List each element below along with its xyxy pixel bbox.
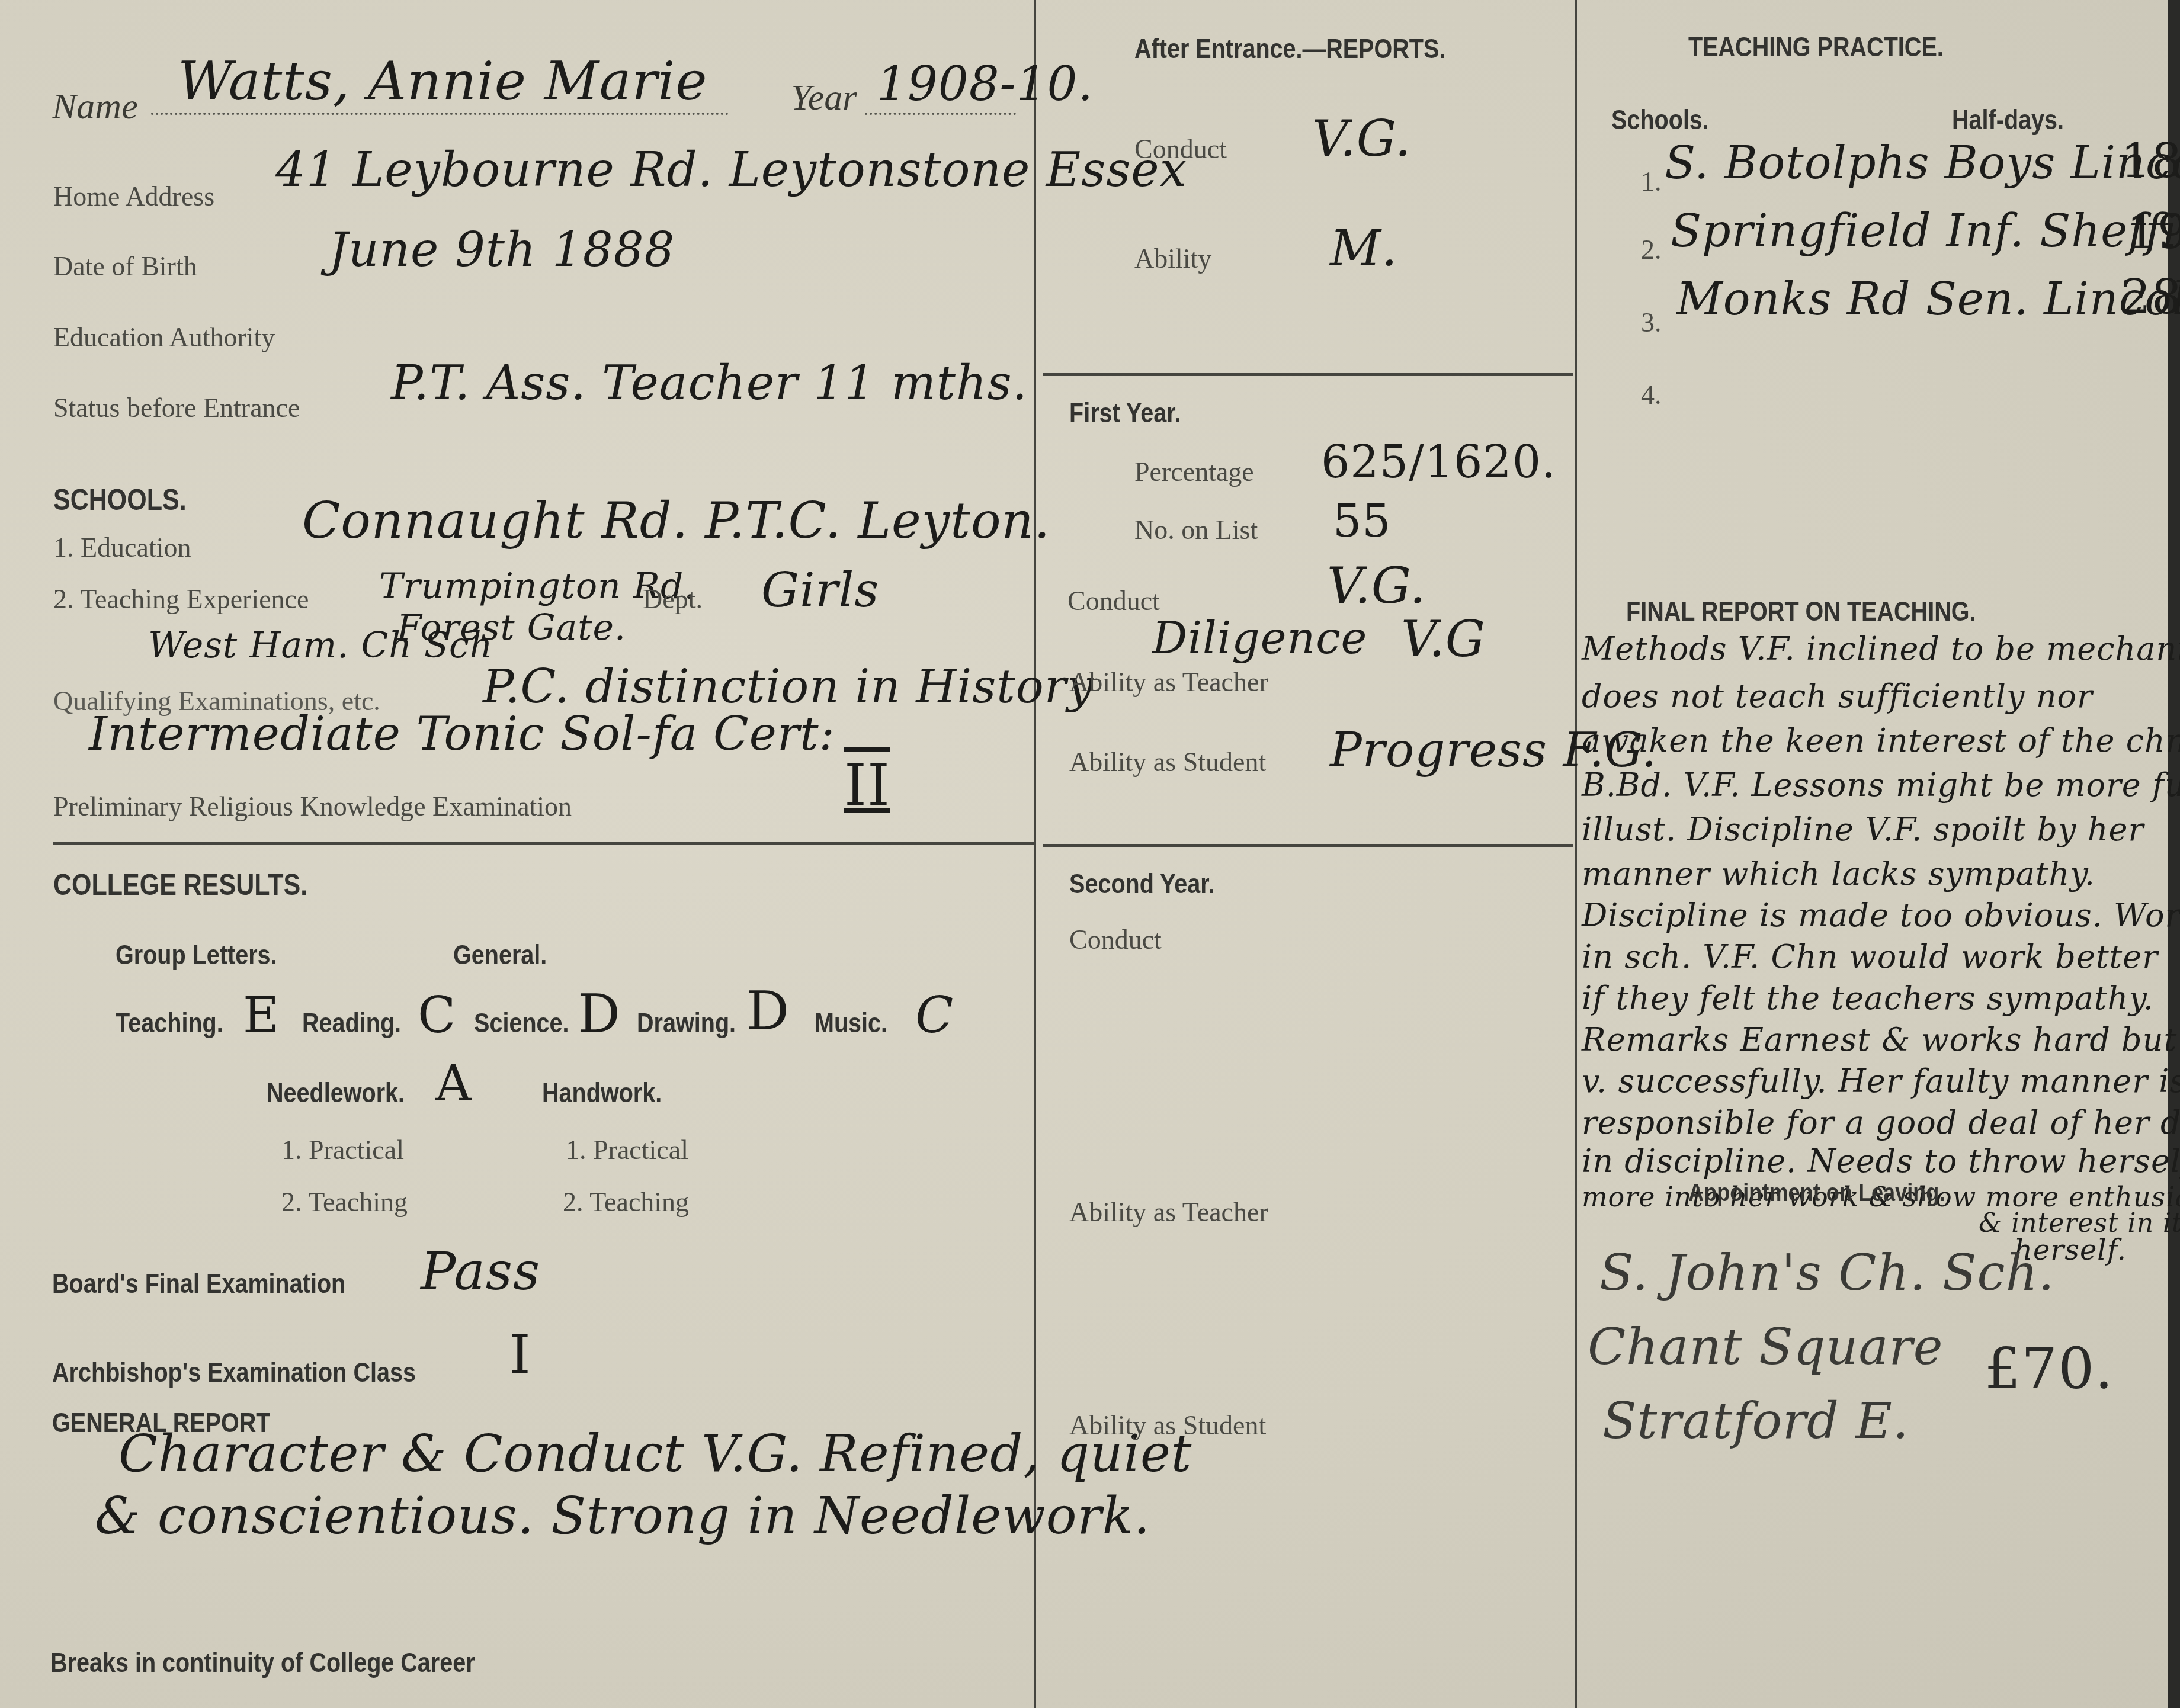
tp-row-2-num: 2.: [1641, 234, 1662, 265]
name-value: Watts, Annie Marie: [178, 50, 708, 113]
second-year-ability-student-label: Ability as Student: [1069, 1410, 1266, 1441]
second-year-ability-teacher-label: Ability as Teacher: [1069, 1196, 1268, 1228]
boards-final-label: Board's Final Examination: [52, 1267, 345, 1299]
section-divider-first-year: [1043, 373, 1573, 376]
home-address-value: 41 Leybourne Rd. Leytonstone Essex: [275, 142, 1187, 197]
qualifying-value: P.C. distinction in History: [483, 660, 1094, 714]
first-year-heading: First Year.: [1069, 397, 1181, 429]
final-report-line: Remarks Earnest & works hard but not: [1582, 1019, 2180, 1061]
teaching-practice-halfdays-label: Half-days.: [1952, 104, 2064, 136]
breaks-label: Breaks in continuity of College Career: [50, 1646, 475, 1678]
final-report-line: in sch. V.F. Chn would work better: [1582, 936, 2158, 978]
section-divider-college: [53, 842, 1034, 845]
final-report-line: awaken the keen interest of the chn: [1582, 720, 2180, 762]
tp-row-2-school: Springfield Inf. Sheffield: [1671, 204, 2180, 257]
tp-row-1-school: S. Botolphs Boys Lincoln: [1665, 136, 2180, 189]
status-label: Status before Entrance: [53, 392, 300, 423]
archbishop-label: Archbishop's Examination Class: [52, 1356, 416, 1388]
final-report-heading: FINAL REPORT ON TEACHING.: [1626, 595, 1976, 627]
after-entrance-ability-label: Ability: [1134, 243, 1211, 274]
tp-row-3-school: Monks Rd Sen. Lincoln: [1676, 272, 2180, 325]
teaching-practice-heading: TEACHING PRACTICE.: [1688, 31, 1944, 63]
second-year-heading: Second Year.: [1069, 868, 1215, 900]
teaching-experience-label: 2. Teaching Experience: [53, 583, 309, 615]
student-record-card: Name Watts, Annie Marie Year 1908-10. Ho…: [0, 0, 2168, 1708]
qualifying-value-2: Intermediate Tonic Sol-fa Cert:: [89, 708, 835, 761]
appointment-salary: £70.: [1985, 1335, 2114, 1402]
grade-drawing: D: [746, 980, 790, 1042]
status-value: P.T. Ass. Teacher 11 mths.: [391, 355, 1028, 410]
general-label: General.: [453, 939, 547, 971]
first-year-percentage-value: 625/1620.: [1321, 435, 1556, 488]
final-report-line: responsible for a good deal of her diff.: [1582, 1102, 2180, 1144]
year-label: Year: [791, 77, 857, 119]
handwork-label: Handwork.: [542, 1077, 662, 1109]
first-year-no-on-list-label: No. on List: [1134, 514, 1258, 545]
final-report-line: illust. Discipline V.F. spoilt by her: [1582, 808, 2144, 851]
subject-drawing: Drawing.: [637, 1007, 736, 1039]
dob-label: Date of Birth: [53, 251, 197, 282]
tp-row-4-num: 4.: [1641, 379, 1662, 410]
final-report-line: v. successfully. Her faulty manner is: [1582, 1060, 2180, 1103]
needlework-label: Needlework.: [267, 1077, 405, 1109]
second-year-conduct-label: Conduct: [1069, 924, 1162, 955]
after-entrance-conduct-label: Conduct: [1134, 133, 1227, 165]
first-year-no-on-list-value: 55: [1333, 495, 1392, 547]
appointment-line-3: Stratford E.: [1602, 1392, 1909, 1450]
college-results-heading: COLLEGE RESULTS.: [53, 868, 307, 902]
home-address-label: Home Address: [53, 181, 214, 212]
religious-exam-label: Preliminary Religious Knowledge Examinat…: [53, 791, 572, 822]
archbishop-value: I: [509, 1324, 531, 1386]
teaching-practice-schools-label: Schools.: [1611, 104, 1709, 136]
tp-row-3-num: 3.: [1641, 307, 1662, 338]
education-value: Connaught Rd. P.T.C. Leyton.: [302, 492, 1050, 550]
education-label: 1. Education: [53, 532, 191, 563]
general-report-line-2: & conscientious. Strong in Needlework.: [95, 1487, 1150, 1546]
education-authority-label: Education Authority: [53, 322, 275, 353]
subject-teaching: Teaching.: [116, 1007, 223, 1039]
first-year-conduct-value: V.G.: [1327, 557, 1426, 615]
grade-reading: C: [418, 986, 456, 1044]
schools-heading: SCHOOLS.: [53, 483, 187, 517]
appointment-line-2: Chant Square: [1588, 1318, 1943, 1376]
grade-teaching: E: [243, 986, 280, 1044]
dob-value: June 9th 1888: [329, 222, 675, 277]
general-report-line-1: Character & Conduct V.G. Refined, quiet: [118, 1424, 1192, 1484]
teaching-experience-value-3: West Ham. Ch Sch: [148, 625, 493, 666]
boards-final-value: Pass: [421, 1241, 540, 1302]
first-year-ability-teacher-label: Ability as Teacher: [1069, 666, 1268, 698]
subject-music: Music.: [815, 1007, 887, 1039]
after-entrance-conduct-value: V.G.: [1312, 110, 1412, 168]
handwork-practical: 1. Practical: [566, 1134, 688, 1166]
needlework-practical: 1. Practical: [281, 1134, 404, 1166]
tp-row-2-halfdays: 19: [2127, 204, 2180, 259]
first-year-diligence-value: V.G: [1401, 610, 1486, 668]
first-year-percentage-label: Percentage: [1134, 456, 1254, 487]
final-report-line: if they felt the teachers sympathy.: [1582, 977, 2154, 1020]
final-report-line: Methods V.F. inclined to be mechanical: [1582, 628, 2180, 670]
name-label: Name: [52, 86, 138, 128]
after-entrance-ability-value: M.: [1330, 219, 1398, 277]
final-report-line: does not teach sufficiently nor: [1582, 675, 2093, 718]
tp-row-1-halfdays: 18: [2121, 133, 2180, 188]
final-report-line: Discipline is made too obvious. Work: [1582, 894, 2180, 937]
appointment-label: Appointment on Leaving.: [1688, 1179, 1945, 1207]
needlework-teaching: 2. Teaching: [281, 1186, 408, 1218]
subject-reading: Reading.: [302, 1007, 401, 1039]
final-report-line: B.Bd. V.F. Lessons might be more fully: [1582, 764, 2180, 807]
handwork-teaching: 2. Teaching: [563, 1186, 689, 1218]
dept-label: Dept.: [643, 583, 703, 615]
first-year-diligence-note: Diligence: [1152, 613, 1367, 664]
grade-science: D: [578, 983, 621, 1045]
group-letters-label: Group Letters.: [116, 939, 277, 971]
after-entrance-heading: After Entrance.—REPORTS.: [1134, 33, 1445, 65]
appointment-line-1: S. John's Ch. Sch.: [1599, 1244, 2054, 1302]
grade-music: C: [915, 986, 954, 1044]
needlework-grade: A: [435, 1054, 472, 1112]
tp-row-3-halfdays: 28: [2121, 269, 2180, 325]
final-report-line: manner which lacks sympathy.: [1582, 853, 2095, 895]
tp-row-1-num: 1.: [1641, 166, 1662, 197]
column-divider-right: [1575, 0, 1577, 1708]
subject-science: Science.: [474, 1007, 569, 1039]
religious-exam-value: II: [844, 752, 890, 818]
dept-value: Girls: [761, 563, 879, 618]
section-divider-second-year: [1043, 844, 1573, 847]
first-year-conduct-label: Conduct: [1067, 585, 1160, 617]
first-year-ability-student-label: Ability as Student: [1069, 746, 1266, 778]
year-value: 1908-10.: [877, 56, 1094, 111]
